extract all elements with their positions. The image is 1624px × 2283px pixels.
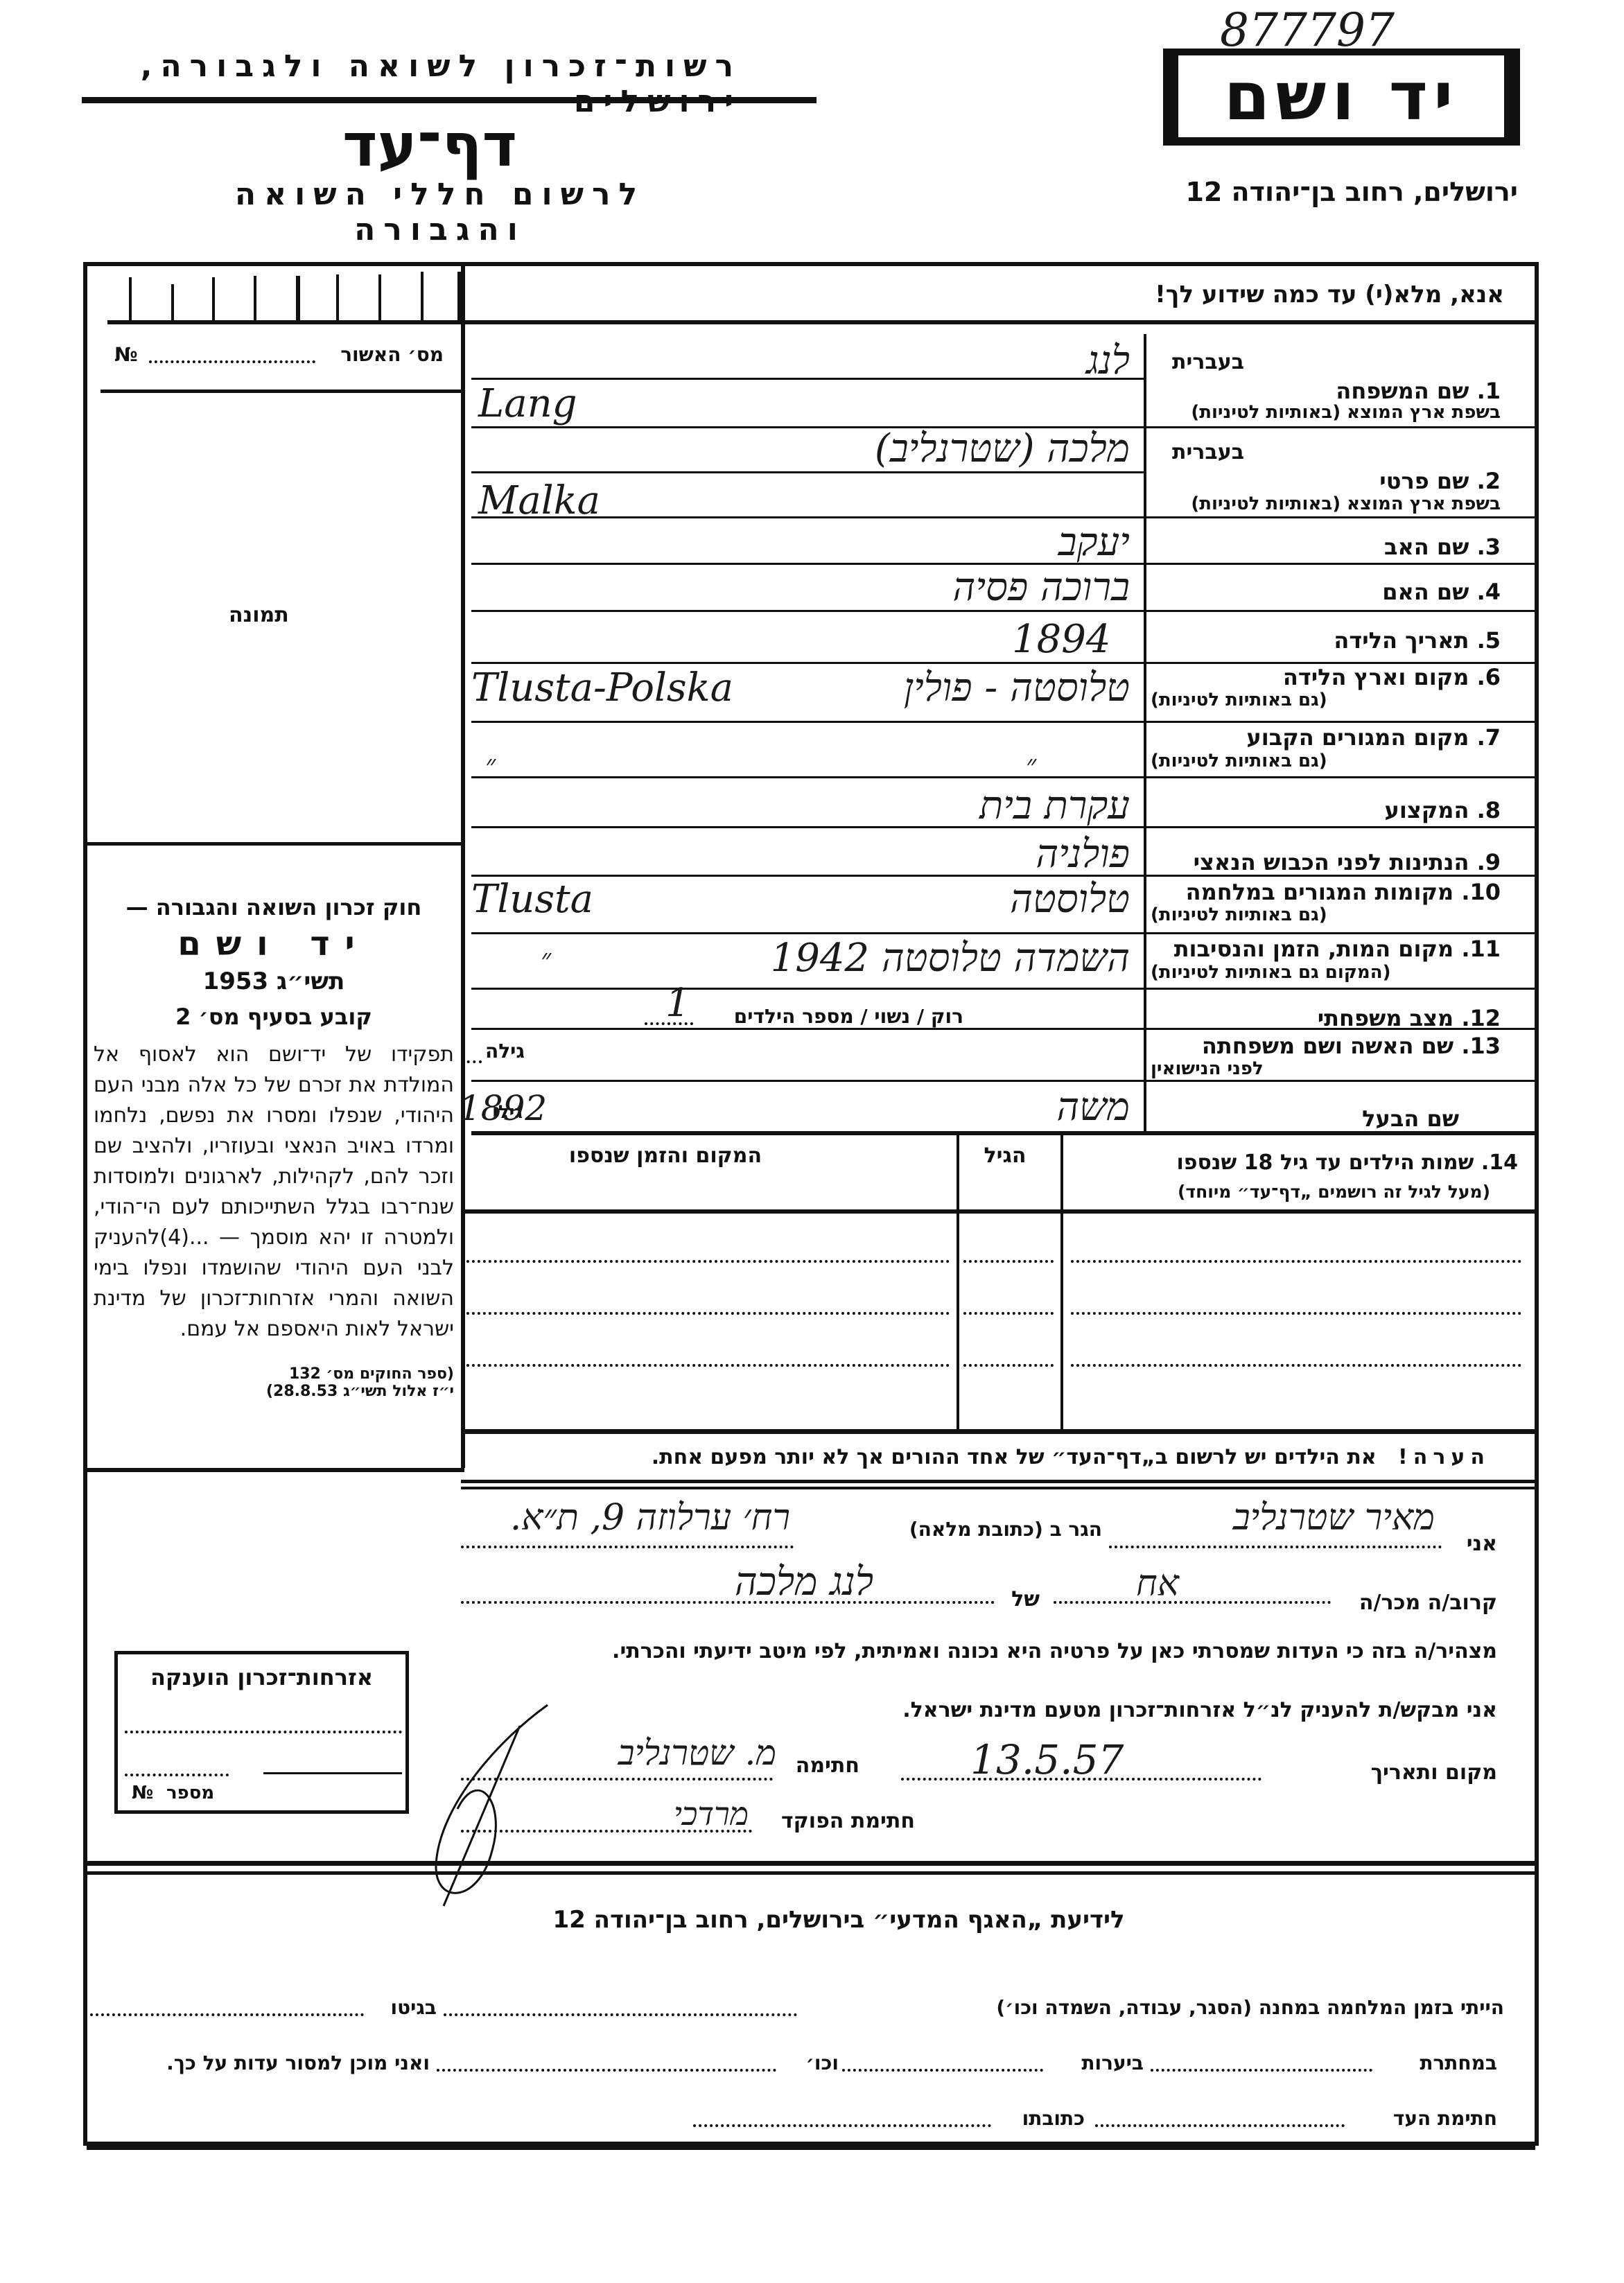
law-section: קובע בסעיף מס׳ 2 (94, 1004, 454, 1030)
witness-signature-label: חתימת העד (1359, 2107, 1497, 2130)
field-9-label: 9. הנתינות לפני הכבוש הנאצי (1154, 849, 1501, 875)
child-name-field[interactable] (1071, 1312, 1521, 1315)
field-9-value[interactable]: פולניה (832, 832, 1130, 877)
declarant-address[interactable]: רח׳ ערלוזה 9, ת״א. (277, 1497, 790, 1539)
note-label: הערה! (1398, 1445, 1490, 1469)
children-age-header: הגיל (960, 1144, 1050, 1168)
etc-field[interactable] (437, 2069, 776, 2072)
field-10-value[interactable]: טלוסטה (873, 877, 1130, 922)
law-title: חוק זכרון השואה והגבורה — (94, 894, 454, 920)
place-date-label: מקום ותאריך (1359, 1760, 1497, 1785)
form-title: דף־עד (291, 111, 568, 180)
forests-field[interactable] (842, 2069, 1043, 2072)
approval-rule (101, 390, 461, 393)
citizenship-number-field[interactable] (125, 1774, 229, 1776)
children-names-header: 14. שמות הילדים עד גיל 18 שנספו (1074, 1151, 1518, 1175)
header-rule (82, 97, 817, 103)
field-11-latin-value[interactable]: ״ (541, 943, 551, 975)
law-name: יד ושם (94, 925, 454, 963)
field-6-latin-value[interactable]: Tlusta-Polska (471, 665, 733, 710)
citizenship-number-sign: № (132, 1783, 153, 1803)
number-sign-icon: № (114, 343, 138, 366)
relation-value[interactable]: אח (1088, 1563, 1227, 1604)
law-citation-1: (ספר החוקים מס׳ 132 (94, 1365, 454, 1383)
field-5-value[interactable]: 1894 (1012, 617, 1111, 662)
husband-name-value[interactable]: משה (866, 1085, 1130, 1130)
field-10-label: 10. מקומות המגורים במלחמה (1154, 879, 1501, 905)
child-name-field[interactable] (1071, 1260, 1521, 1263)
field-10-latin-value[interactable]: Tlusta (471, 877, 593, 922)
logo-text: יד ושם (1178, 55, 1504, 137)
field-11-sublabel: (המקום גם באותיות לטיניות) (1151, 962, 1501, 983)
approval-label-text: מס׳ האשור (340, 343, 444, 366)
relation-label: קרוב/ה מכר/ה (1331, 1591, 1497, 1615)
underground-label: במחתרת (1379, 2052, 1497, 2074)
witness-signature-field[interactable] (1095, 2124, 1345, 2127)
child-place-field[interactable] (461, 1364, 950, 1367)
citizenship-field[interactable] (125, 1731, 402, 1733)
field-6-sublabel: (גם באותיות לטיניות) (1151, 690, 1501, 710)
children-place-header: המקום והזמן שנספו (499, 1144, 832, 1168)
instruction-rule (107, 320, 1535, 324)
etc-label: וכו׳ (783, 2052, 839, 2074)
field-6-value[interactable]: טלוסטה - פולין (769, 665, 1130, 710)
law-box: חוק זכרון השואה והגבורה — יד ושם תשי״ג 1… (94, 894, 454, 1400)
approval-number-field[interactable] (149, 360, 315, 363)
camp-field[interactable] (444, 2013, 797, 2016)
field-2-hebrew-value[interactable]: מלכה (שטרנליב) (776, 426, 1130, 471)
field-3-value[interactable]: יעקב (853, 520, 1130, 565)
field-5-label: 5. תאריך הלידה (1154, 627, 1501, 654)
field-1-latin-value[interactable]: Lang (478, 381, 577, 426)
children-names-subheader: (מעל לגיל זה רושמים „דף־עד״ מיוחד) (1074, 1182, 1490, 1202)
witness-address-field[interactable] (693, 2124, 991, 2127)
field-6-label: 6. מקום וארץ הלידה (1154, 664, 1501, 690)
field-8-value[interactable]: עקרת בית (818, 783, 1130, 828)
field-4-value[interactable]: ברוכה פסיה (728, 565, 1130, 610)
relative-of-name[interactable]: לנג מלכה (624, 1559, 984, 1604)
child-name-field[interactable] (1071, 1364, 1521, 1367)
photo-rule (87, 842, 464, 846)
field-11-label: 11. מקום המות, הזמן והנסיבות (1154, 936, 1501, 962)
field-7-label: 7. מקום המגורים הקבוע (1154, 724, 1501, 751)
place-date-value[interactable]: 13.5.57 (970, 1736, 1124, 1783)
form-subtitle: לרשום חללי השואה והגבורה (152, 177, 728, 247)
children-count[interactable]: 1 (665, 981, 690, 1026)
citizenship-box: אזרחות־זכרון הוענקה № מספר (114, 1651, 409, 1814)
field-1-hebrew-value[interactable]: לנג (901, 338, 1130, 383)
field-13-value[interactable] (555, 1040, 1137, 1074)
field-2-hebrew-tag: בעברית (1154, 440, 1244, 464)
law-citation-2: י״ז אלול תשי״ג 28.8.53) (94, 1383, 454, 1400)
field-3-label: 3. שם האב (1154, 534, 1501, 560)
witness-line1-label: הייתי בזמן המלחמה במחנה (הסגר, עבודה, הש… (866, 1996, 1504, 2019)
law-year: תשי״ג 1953 (94, 968, 454, 995)
declarant-i-label: אני (1442, 1532, 1497, 1556)
field-13-sublabel: לפני הנישואין (1151, 1058, 1501, 1079)
wife-age-label: גילה (485, 1040, 525, 1062)
official-signature-label: חתימת הפוקד (762, 1809, 915, 1833)
husband-label: שם הבעל (1154, 1105, 1459, 1132)
child-age-field[interactable] (963, 1260, 1054, 1263)
field-10-sublabel: (גם באותיות לטיניות) (1151, 904, 1501, 925)
note: הערה! את הילדים יש לרשום ב„דף־העד״ של אח… (471, 1445, 1490, 1469)
note-text: את הילדים יש לרשום ב„דף־העד״ של אחד ההור… (652, 1445, 1377, 1469)
photo-label: תמונה (229, 603, 289, 627)
declarant-name[interactable]: מאיר שטרנליב (1123, 1497, 1435, 1539)
underground-field[interactable] (1151, 2069, 1372, 2072)
header-address: ירושלים, רחוב בן־יהודה 12 (1171, 177, 1518, 207)
official-signature-value[interactable]: מרדכי (541, 1795, 749, 1832)
organization-name: רשות־זכרון לשואה ולגבורה, ירושלים (69, 49, 742, 119)
child-place-field[interactable] (461, 1312, 950, 1315)
citizenship-title: אזרחות־זכרון הוענקה (118, 1664, 405, 1690)
husband-age-value[interactable]: 1892 (459, 1088, 547, 1128)
signature-label: חתימה (783, 1753, 859, 1778)
field-2-label: 2. שם פרטי (1154, 468, 1501, 494)
wife-age-field[interactable] (461, 1060, 482, 1063)
field-8-label: 8. המקצוע (1154, 797, 1501, 823)
ghetto-label: בגיטו (374, 1996, 437, 2019)
label-divider (1144, 334, 1146, 1135)
field-11-value[interactable]: השמדה טלוסטה 1942 (679, 936, 1130, 981)
field-1-label: 1. שם המשפחה (1154, 378, 1501, 404)
forests-label: ביערות (1047, 2052, 1144, 2074)
law-body: תפקידו של יד־ושם הוא לאסוף אל המולדת את … (94, 1040, 454, 1345)
field-4-label: 4. שם האם (1154, 579, 1501, 605)
ghetto-field[interactable] (90, 2013, 364, 2016)
field-2-sublabel: בשפת ארץ המוצא (באותיות לטיניות) (1151, 493, 1501, 514)
child-age-field[interactable] (963, 1364, 1054, 1367)
request-text: אני מבקש/ת להעניק לנ״ל אזרחות־זכרון מטעם… (901, 1698, 1497, 1722)
declarant-address-label: הגר ב (כתובת מלאה) (804, 1518, 1102, 1541)
declaration-text: מצהיר/ה בזה כי העדות שמסרתי כאן על פרטיה… (464, 1639, 1497, 1663)
instruction-text: אנא, מלא(י) עד כמה שידוע לך! (832, 281, 1504, 308)
field-7-sublabel: (גם באותיות לטיניות) (1151, 751, 1501, 771)
column-divider (461, 262, 465, 1468)
willing-testify-text: ואני מוכן למסור עדות על כך. (87, 2052, 430, 2074)
witness-address-label: כתובתו (998, 2107, 1085, 2130)
child-place-field[interactable] (461, 1260, 950, 1263)
signature-flourish-icon (416, 1698, 568, 1920)
witness-section-title: לידיעת „האגף המדעי״ בירושלים, רחוב בן־יה… (485, 1906, 1192, 1934)
field-1-hebrew-tag: בעברית (1154, 350, 1244, 374)
child-age-field[interactable] (963, 1312, 1054, 1315)
citizenship-number-label: מספר (166, 1783, 214, 1803)
of-label: של (998, 1587, 1040, 1611)
field-1-sublabel: בשפת ארץ המוצא (באותיות לטיניות) (1151, 402, 1501, 423)
field-13-label: 13. שם האשה ושם משפחתה (1154, 1033, 1501, 1059)
